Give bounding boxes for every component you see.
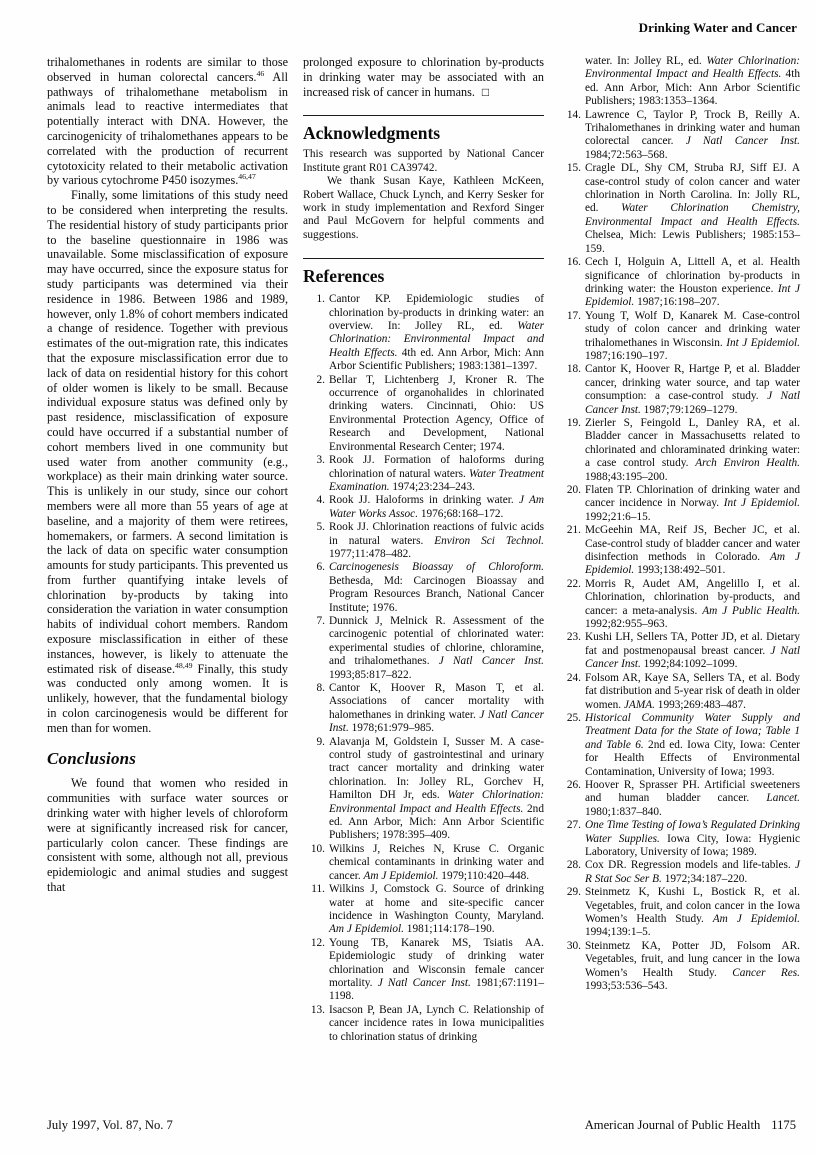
text-run: J Natl Cancer Inst. <box>686 135 800 147</box>
reference-item: 27.One Time Testing of Iowa’s Regulated … <box>559 819 800 859</box>
reference-text: Wilkins J, Comstock G. Source of drinkin… <box>329 883 544 935</box>
acknowledgments-section: This research was supported by National … <box>303 148 544 242</box>
reference-text: Young TB, Kanarek MS, Tsiatis AA. Epidem… <box>329 937 544 1003</box>
text-run: Am J Epidemiol. <box>329 923 404 935</box>
citation-superscript: 48,49 <box>175 661 193 670</box>
footer-page-number: 1175 <box>771 1118 796 1133</box>
section-divider <box>303 258 544 259</box>
reference-number: 30. <box>559 940 585 953</box>
reference-item: 2.Bellar T, Lichtenberg J, Kroner R. The… <box>303 374 544 454</box>
text-run: 1992;21:6–15. <box>585 511 651 523</box>
reference-number: 22. <box>559 578 585 591</box>
text-run: All pathways of trihalomethane metabolis… <box>47 70 288 188</box>
text-run: 1981;114:178–190. <box>404 923 495 935</box>
footer-journal-name: American Journal of Public Health <box>585 1118 761 1133</box>
reference-item: 26.Hoover R, Sprasser PH. Artificial swe… <box>559 779 800 819</box>
reference-number: 10. <box>303 843 329 856</box>
running-head: Drinking Water and Cancer <box>639 20 797 36</box>
references-list: 14.Lawrence C, Taylor P, Trock B, Reilly… <box>559 109 800 994</box>
reference-item: 12.Young TB, Kanarek MS, Tsiatis AA. Epi… <box>303 937 544 1004</box>
reference-item: 8.Cantor K, Hoover R, Mason T, et al. As… <box>303 682 544 736</box>
text-run: 1978;61:979–985. <box>349 722 434 734</box>
reference-text: Carcinogenesis Bioassay of Chloroform. B… <box>329 561 544 613</box>
reference-text: Zierler S, Feingold L, Danley RA, et al.… <box>585 417 800 483</box>
reference-text: Dunnick J, Melnick R. Assessment of the … <box>329 615 544 681</box>
reference-item: 7.Dunnick J, Melnick R. Assessment of th… <box>303 615 544 682</box>
references-list: 1.Cantor KP. Epidemiologic studies of ch… <box>303 293 544 1044</box>
reference-number: 13. <box>303 1004 329 1017</box>
text-run: Isacson P, Bean JA, Lynch C. Relationshi… <box>329 1004 544 1043</box>
text-run: 1972;34:187–220. <box>662 873 747 885</box>
section-divider <box>303 115 544 116</box>
text-run: Carcinogenesis Bioassay of Chloroform. <box>329 561 544 573</box>
reference-number: 2. <box>303 374 329 387</box>
column-left: trihalomethanes in rodents are similar t… <box>47 55 288 1044</box>
reference-number: 20. <box>559 484 585 497</box>
citation-superscript: 46,47 <box>238 172 256 181</box>
reference-item: 25.Historical Community Water Supply and… <box>559 712 800 779</box>
text-run: 1977;11:478–482. <box>329 548 411 560</box>
reference-item: 15.Cragle DL, Shy CM, Struba RJ, Siff EJ… <box>559 162 800 256</box>
text-run: 1987;16:198–207. <box>634 296 719 308</box>
reference-text: Cech I, Holguin A, Littell A, et al. Hea… <box>585 256 800 308</box>
reference-text: Historical Community Water Supply and Tr… <box>585 712 800 778</box>
reference-item: 4.Rook JJ. Haloforms in drinking water. … <box>303 494 544 521</box>
reference-item: 11.Wilkins J, Comstock G. Source of drin… <box>303 883 544 937</box>
reference-text: Kushi LH, Sellers TA, Potter JD, et al. … <box>585 631 800 670</box>
reference-number: 1. <box>303 293 329 306</box>
text-run: Wilkins J, Comstock G. Source of drinkin… <box>329 883 544 922</box>
conclusions-heading: Conclusions <box>47 752 288 767</box>
reference-number: 21. <box>559 524 585 537</box>
text-run: Lancet. <box>766 792 800 804</box>
reference-item: 23.Kushi LH, Sellers TA, Potter JD, et a… <box>559 631 800 671</box>
end-of-article-marker: □ <box>482 85 489 99</box>
text-run: Int J Epidemiol. <box>724 497 800 509</box>
reference-item: 14.Lawrence C, Taylor P, Trock B, Reilly… <box>559 109 800 163</box>
reference-number: 3. <box>303 454 329 467</box>
text-run: Cancer Res. <box>732 967 800 979</box>
text-run: water. In: Jolley RL, ed. <box>585 55 706 67</box>
text-run: 1992;84:1092–1099. <box>641 658 738 670</box>
reference-number: 29. <box>559 886 585 899</box>
text-run: 1974;23:234–243. <box>390 481 475 493</box>
reference-text: Cantor K, Hoover R, Mason T, et al. Asso… <box>329 682 544 734</box>
reference-number: 27. <box>559 819 585 832</box>
acknowledgments-paragraph: We thank Susan Kaye, Kathleen McKeen, Ro… <box>303 175 544 242</box>
reference-number: 8. <box>303 682 329 695</box>
text-run: This research was supported by National … <box>303 148 544 173</box>
text-run: 1993;138:492–501. <box>634 564 725 576</box>
reference-text: Alavanja M, Goldstein I, Susser M. A cas… <box>329 736 544 842</box>
reference-number: 23. <box>559 631 585 644</box>
reference-continuation: water. In: Jolley RL, ed. Water Chlorina… <box>559 55 800 109</box>
reference-text: Cantor K, Hoover R, Hartge P, et al. Bla… <box>585 363 800 415</box>
text-run: 1979;110:420–448. <box>438 870 529 882</box>
reference-number: 26. <box>559 779 585 792</box>
text-run: 1994;139:1–5. <box>585 926 651 938</box>
text-run: Bellar T, Lichtenberg J, Kroner R. The o… <box>329 374 544 453</box>
reference-text: Folsom AR, Kaye SA, Sellers TA, et al. B… <box>585 672 800 711</box>
reference-item: 20.Flaten TP. Chlorination of drinking w… <box>559 484 800 524</box>
reference-text: Steinmetz K, Kushi L, Bostick R, et al. … <box>585 886 800 938</box>
reference-item: 13.Isacson P, Bean JA, Lynch C. Relation… <box>303 1004 544 1044</box>
reference-item: 19.Zierler S, Feingold L, Danley RA, et … <box>559 417 800 484</box>
reference-item: 16.Cech I, Holguin A, Littell A, et al. … <box>559 256 800 310</box>
reference-item: 30.Steinmetz KA, Potter JD, Folsom AR. V… <box>559 940 800 994</box>
text-run: Arch Environ Health. <box>695 457 800 469</box>
text-run: 1993;269:483–487. <box>655 699 746 711</box>
column-right: water. In: Jolley RL, ed. Water Chlorina… <box>559 55 800 1044</box>
text-run: Cox DR. Regression models and life-table… <box>585 859 795 871</box>
reference-item: 22.Morris R, Audet AM, Angelillo I, et a… <box>559 578 800 632</box>
reference-text: Cox DR. Regression models and life-table… <box>585 859 800 884</box>
references-heading: References <box>303 266 544 287</box>
reference-item: 29.Steinmetz K, Kushi L, Bostick R, et a… <box>559 886 800 940</box>
reference-item: 9.Alavanja M, Goldstein I, Susser M. A c… <box>303 736 544 843</box>
reference-item: 28.Cox DR. Regression models and life-ta… <box>559 859 800 886</box>
reference-number: 6. <box>303 561 329 574</box>
column-middle: prolonged exposure to chlorination by-pr… <box>303 55 544 1044</box>
reference-item: 3.Rook JJ. Formation of haloforms during… <box>303 454 544 494</box>
reference-text: Isacson P, Bean JA, Lynch C. Relationshi… <box>329 1004 544 1043</box>
text-run: Environ Sci Technol. <box>434 535 544 547</box>
reference-text: Young T, Wolf D, Kanarek M. Case-control… <box>585 310 800 362</box>
reference-item: 17.Young T, Wolf D, Kanarek M. Case-cont… <box>559 310 800 364</box>
text-run: 1987;16:190–197. <box>585 350 668 362</box>
reference-text: Rook JJ. Haloforms in drinking water. J … <box>329 494 544 519</box>
paragraph: trihalomethanes in rodents are similar t… <box>47 55 288 188</box>
reference-number: 11. <box>303 883 329 896</box>
reference-number: 17. <box>559 310 585 323</box>
acknowledgments-heading: Acknowledgments <box>303 123 544 144</box>
reference-text: McGeehin MA, Reif JS, Becher JC, et al. … <box>585 524 800 576</box>
continuation-paragraph: prolonged exposure to chlorination by-pr… <box>303 55 544 99</box>
text-run: 1988;43:195–200. <box>585 471 668 483</box>
text-run: We thank Susan Kaye, Kathleen McKeen, Ro… <box>303 175 544 241</box>
reference-number: 16. <box>559 256 585 269</box>
reference-item: 5.Rook JJ. Chlorination reactions of ful… <box>303 521 544 561</box>
conclusions-paragraph: We found that women who resided in commu… <box>47 776 288 894</box>
reference-item: 1.Cantor KP. Epidemiologic studies of ch… <box>303 293 544 373</box>
text-run: Cantor KP. Epidemiologic studies of chlo… <box>329 293 544 332</box>
text-run: 1976;68:168–172. <box>418 508 503 520</box>
text-run: Chelsea, Mich: Lewis Publishers; 1985:15… <box>585 229 800 254</box>
text-run: Am J Public Health. <box>702 605 800 617</box>
text-run: Am J Epidemiol. <box>713 913 800 925</box>
reference-number: 25. <box>559 712 585 725</box>
text-run: 1993;53:536–543. <box>585 980 668 992</box>
reference-text: Rook JJ. Formation of haloforms during c… <box>329 454 544 493</box>
text-run: 1984;72:563–568. <box>585 149 668 161</box>
text-run: Finally, some limitations of this study … <box>47 188 288 676</box>
text-run: McGeehin MA, Reif JS, Becher JC, et al. … <box>585 524 800 563</box>
acknowledgments-paragraph: This research was supported by National … <box>303 148 544 175</box>
reference-text: Wilkins J, Reiches N, Kruse C. Organic c… <box>329 843 544 882</box>
text-run: 1987;79:1269–1279. <box>641 404 738 416</box>
text-run: 1993;85:817–822. <box>329 669 412 681</box>
reference-number: 4. <box>303 494 329 507</box>
text-run: JAMA. <box>624 699 655 711</box>
reference-number: 19. <box>559 417 585 430</box>
text-run: 1980;1:837–840. <box>585 806 662 818</box>
reference-number: 7. <box>303 615 329 628</box>
text-run: We found that women who resided in commu… <box>47 776 288 894</box>
reference-text: Cragle DL, Shy CM, Struba RJ, Siff EJ. A… <box>585 162 800 254</box>
reference-number: 15. <box>559 162 585 175</box>
reference-item: 10.Wilkins J, Reiches N, Kruse C. Organi… <box>303 843 544 883</box>
reference-text: Cantor KP. Epidemiologic studies of chlo… <box>329 293 544 372</box>
reference-number: 9. <box>303 736 329 749</box>
page-footer: July 1997, Vol. 87, No. 7 American Journ… <box>47 1118 796 1133</box>
reference-number: 28. <box>559 859 585 872</box>
reference-item: 24.Folsom AR, Kaye SA, Sellers TA, et al… <box>559 672 800 712</box>
text-run: Rook JJ. Haloforms in drinking water. <box>329 494 519 506</box>
reference-number: 12. <box>303 937 329 950</box>
footer-issue-info: July 1997, Vol. 87, No. 7 <box>47 1118 173 1133</box>
text-run: 1992;82:955–963. <box>585 618 668 630</box>
text-run: Kushi LH, Sellers TA, Potter JD, et al. … <box>585 631 800 656</box>
reference-number: 5. <box>303 521 329 534</box>
reference-text: Steinmetz KA, Potter JD, Folsom AR. Vege… <box>585 940 800 992</box>
text-run: Bethesda, Md: Carcinogen Bioassay and Pr… <box>329 575 544 614</box>
reference-text: Bellar T, Lichtenberg J, Kroner R. The o… <box>329 374 544 453</box>
reference-number: 14. <box>559 109 585 122</box>
text-run: Am J Epidemiol. <box>364 870 439 882</box>
page-body: trihalomethanes in rodents are similar t… <box>47 55 800 1044</box>
reference-number: 24. <box>559 672 585 685</box>
text-run: J Natl Cancer Inst. <box>439 655 544 667</box>
reference-text: Morris R, Audet AM, Angelillo I, et al. … <box>585 578 800 630</box>
reference-text: Rook JJ. Chlorination reactions of fulvi… <box>329 521 544 560</box>
reference-text: Flaten TP. Chlorination of drinking wate… <box>585 484 800 523</box>
reference-text: One Time Testing of Iowa’s Regulated Dri… <box>585 819 800 858</box>
reference-item: 6.Carcinogenesis Bioassay of Chloroform.… <box>303 561 544 615</box>
reference-item: 18.Cantor K, Hoover R, Hartge P, et al. … <box>559 363 800 417</box>
reference-text: Hoover R, Sprasser PH. Artificial sweete… <box>585 779 800 818</box>
text-run: trihalomethanes in rodents are similar t… <box>47 55 288 84</box>
reference-number: 18. <box>559 363 585 376</box>
paragraph: Finally, some limitations of this study … <box>47 188 288 735</box>
text-run: prolonged exposure to chlorination by-pr… <box>303 55 544 99</box>
reference-item: 21.McGeehin MA, Reif JS, Becher JC, et a… <box>559 524 800 578</box>
text-run: Cech I, Holguin A, Littell A, et al. Hea… <box>585 256 800 295</box>
text-run: Int J Epidemiol. <box>726 337 800 349</box>
reference-text: Lawrence C, Taylor P, Trock B, Reilly A.… <box>585 109 800 161</box>
text-run: J Natl Cancer Inst. <box>378 977 471 989</box>
